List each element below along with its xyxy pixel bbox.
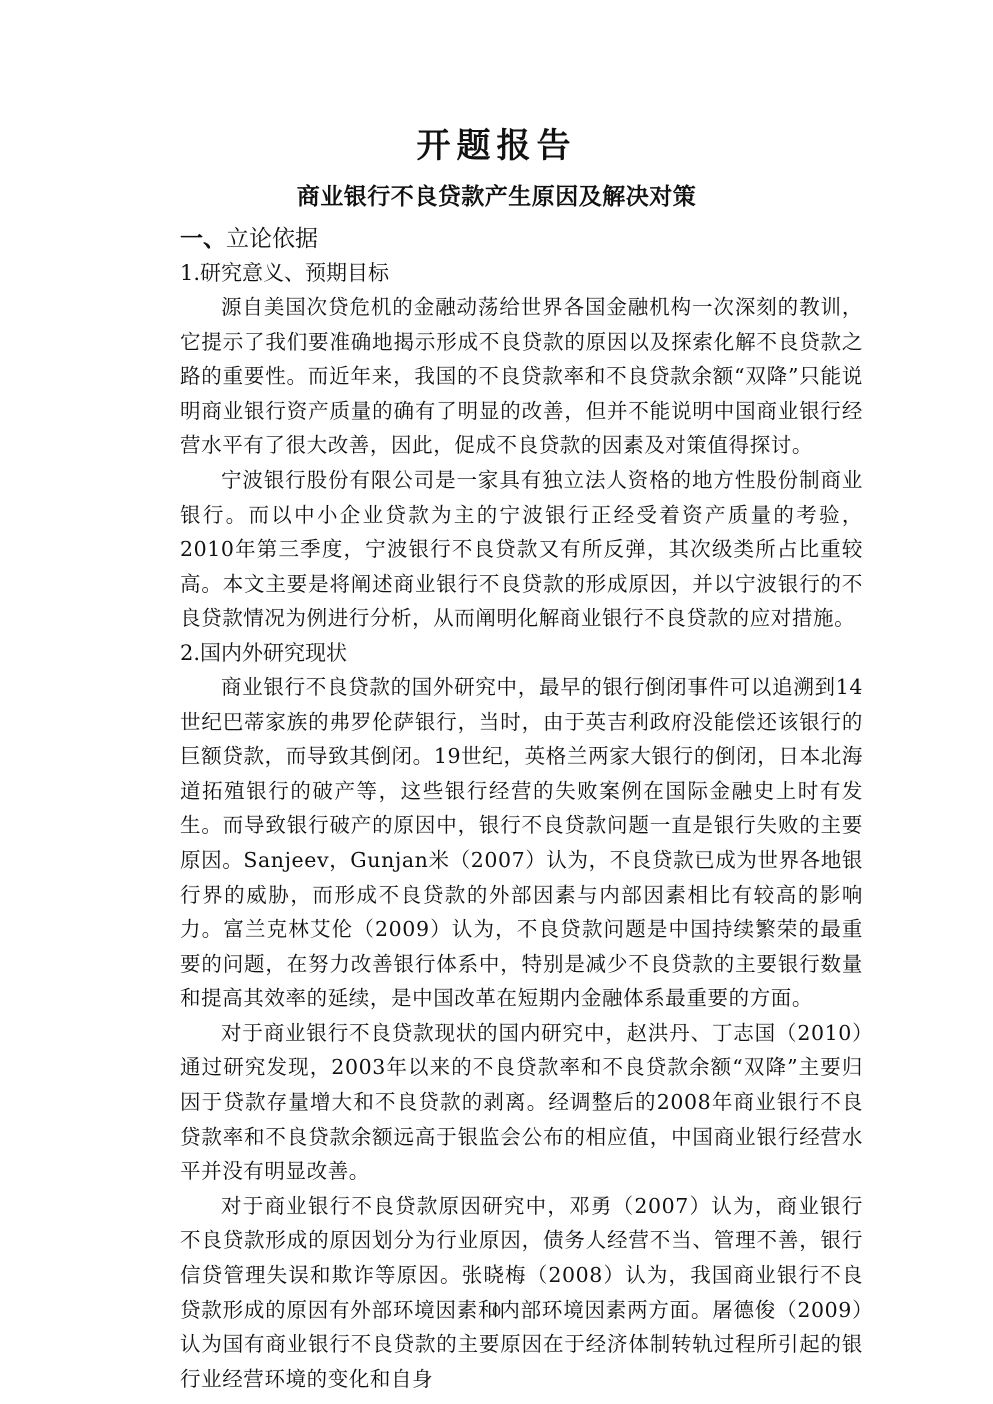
document-page: 开题报告 商业银行不良贷款产生原因及解决对策 一、立论依据 1.研究意义、预期目…	[0, 0, 993, 1404]
section-heading-text: 立论依据	[226, 226, 318, 252]
paragraph: 源自美国次贷危机的金融动荡给世界各国金融机构一次深刻的教训，它提示了我们要准确地…	[180, 290, 863, 463]
document-body: 一、立论依据 1.研究意义、预期目标 源自美国次贷危机的金融动荡给世界各国金融机…	[180, 222, 863, 1396]
report-title: 开题报告	[0, 118, 993, 167]
subsection-heading-1: 1.研究意义、预期目标	[180, 256, 863, 290]
paragraph: 商业银行不良贷款的国外研究中，最早的银行倒闭事件可以追溯到14世纪巴蒂家族的弗罗…	[180, 670, 863, 1016]
paragraph: 对于商业银行不良贷款现状的国内研究中，赵洪丹、丁志国（2010）通过研究发现，2…	[180, 1016, 863, 1189]
paragraph: 对于商业银行不良贷款原因研究中，邓勇（2007）认为，商业银行不良贷款形成的原因…	[180, 1189, 863, 1397]
report-subtitle: 商业银行不良贷款产生原因及解决对策	[0, 178, 993, 211]
section-heading: 一、立论依据	[180, 222, 863, 256]
section-heading-number: 一、	[180, 226, 226, 252]
subsection-heading-2: 2.国内外研究现状	[180, 636, 863, 670]
paragraph: 宁波银行股份有限公司是一家具有独立法人资格的地方性股份制商业银行。而以中小企业贷…	[180, 463, 863, 636]
page-number: 0	[0, 1302, 993, 1320]
